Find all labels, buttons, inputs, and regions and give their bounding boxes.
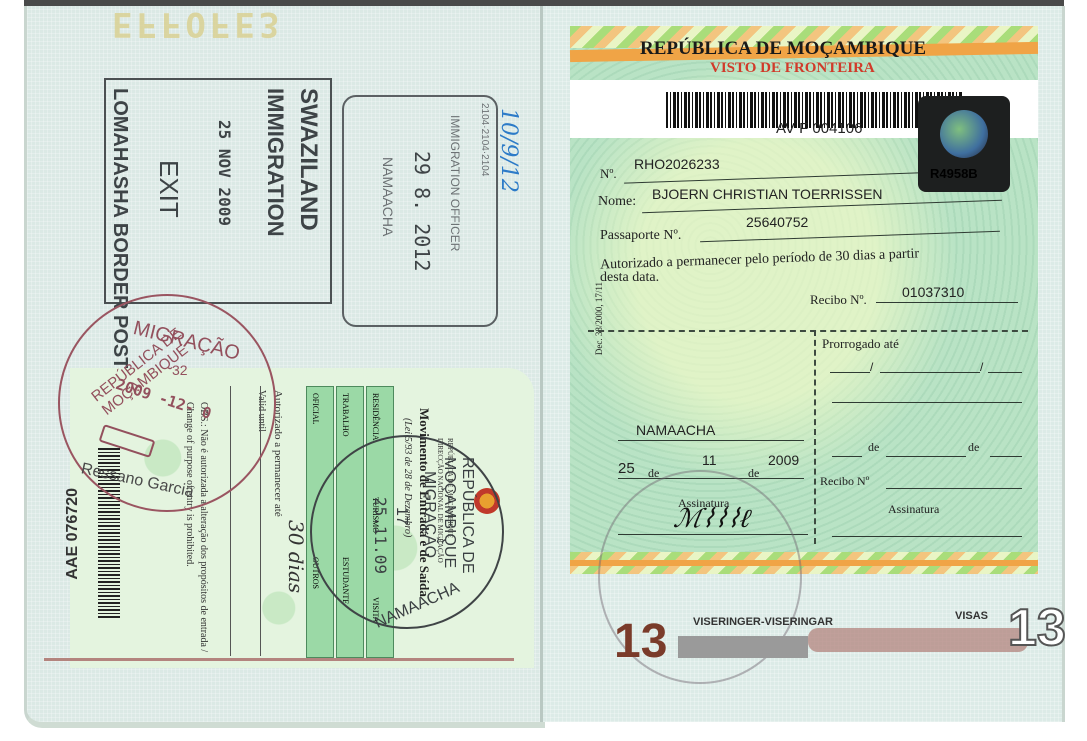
de-label: de	[868, 440, 879, 455]
decorative-band	[44, 658, 514, 661]
stamp-type: EXIT	[153, 160, 184, 218]
passport-spine	[540, 6, 543, 722]
page-number-left: 13	[614, 614, 667, 669]
emblem-icon	[940, 110, 988, 158]
stamp-date: 25.11.09	[371, 497, 390, 574]
stamp-border-text: 2104·2104·2104	[479, 103, 490, 176]
stamp-location: NAMAACHA	[380, 157, 396, 236]
visa-type-title: VISTO DE FRONTEIRA	[710, 60, 875, 77]
stamp-title: IMMIGRATION OFFICER	[448, 115, 462, 251]
visas-label: VISAS	[955, 610, 988, 622]
field-line	[618, 440, 804, 441]
issue-month: 11	[702, 452, 717, 468]
section-divider	[814, 330, 816, 544]
form-authorized-value: 30 dias	[284, 520, 308, 593]
field-line	[988, 372, 1022, 373]
field-line	[832, 536, 1022, 537]
section-divider	[588, 330, 1028, 332]
visa-country-title: REPÚBLICA DE MOÇAMBIQUE	[640, 38, 926, 60]
decorative-band	[678, 636, 808, 658]
extension-label: Prorrogado até	[822, 336, 899, 352]
number-label: Nº.	[600, 166, 617, 182]
stamp-number: 17	[392, 507, 410, 525]
vehicle-icon	[99, 424, 156, 458]
stamp-country: SWAZILAND	[294, 88, 322, 231]
field-line	[700, 231, 1000, 242]
stamp-agency: MIGRAÇÃO	[420, 471, 438, 558]
issue-place: NAMAACHA	[636, 422, 715, 438]
stamp-number: 32	[172, 362, 188, 378]
issue-year: 2009	[768, 452, 799, 468]
stamp-date: 29 8. 2012	[410, 151, 434, 271]
decree-reference: Dec. 38/2000, 17/11	[594, 282, 604, 355]
stamp-agency: IMMIGRATION	[262, 88, 288, 237]
number-value: RHO2026233	[634, 156, 720, 172]
page-number-right: 13	[1008, 598, 1066, 658]
receipt-label: Recibo Nº.	[810, 292, 867, 308]
issue-day: 25	[618, 460, 635, 477]
visa-serial: AV F 004106	[776, 120, 862, 137]
perforated-passport-number: EFFOFE3	[112, 4, 283, 44]
field-line	[832, 456, 862, 457]
extension-signature-label: Assinatura	[888, 502, 939, 517]
decorative-band	[808, 628, 1028, 652]
ressano-garcia-entry-stamp: REPÚBLICA DE MOÇAMBIQUE MIGRAÇÃO 32 2009…	[58, 294, 276, 512]
name-label: Nome:	[598, 194, 636, 210]
receipt-value: 01037310	[902, 284, 964, 300]
visa-hologram: R4958B	[918, 96, 1010, 192]
de-label: de	[968, 440, 979, 455]
field-line	[832, 402, 1022, 403]
swaziland-exit-stamp: SWAZILAND IMMIGRATION 25 NOV 2009 EXIT L…	[104, 78, 332, 304]
field-line	[880, 372, 980, 373]
category-label: OFICIAL	[311, 393, 320, 425]
category-label: TRABALHO	[341, 393, 350, 437]
stamp-date: 25 NOV 2009	[215, 120, 234, 226]
date-slash: /	[980, 360, 983, 374]
authorization-text-cont: desta data.	[600, 270, 659, 286]
handwritten-date-note: 10/9/12	[496, 108, 521, 193]
page-footer-label: VISERINGER-VISERINGAR	[693, 616, 833, 628]
date-slash: /	[870, 360, 873, 374]
namaacha-immigration-stamp: 2104·2104·2104 IMMIGRATION OFFICER 29 8.…	[342, 95, 498, 327]
hologram-code: R4958B	[930, 166, 978, 181]
passport-value: 25640752	[746, 214, 808, 230]
field-line	[830, 372, 870, 373]
field-line	[886, 488, 1022, 489]
passport-label: Passaporte Nº.	[600, 228, 681, 244]
field-line	[886, 456, 966, 457]
field-line	[876, 302, 1018, 303]
name-value: BJOERN CHRISTIAN TOERRISSEN	[652, 186, 917, 202]
namaacha-entry-stamp: REPÚBLICA DE MOÇAMBIQUE MIGRAÇÃO 17 25.1…	[310, 435, 504, 629]
field-line	[990, 456, 1022, 457]
form-serial-number: AAE 076720	[64, 488, 82, 580]
extension-receipt-label: Recibo Nº	[820, 474, 869, 489]
category-label: RESIDÊNCIA	[371, 393, 380, 441]
